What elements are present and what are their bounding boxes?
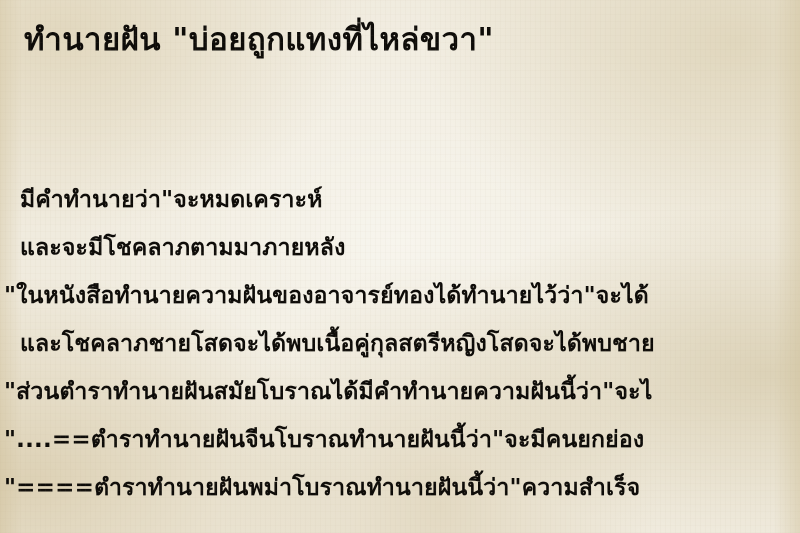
prediction-line-4: และโชคลาภชายโสดจะได้พบเนื้อคู่กุลสตรีหญิ… xyxy=(20,324,655,364)
prediction-line-1: มีคำทำนายว่า"จะหมดเคราะห์ xyxy=(20,180,323,220)
page-title: ทำนายฝัน "บ่อยถูกแทงที่ไหล่ขวา" xyxy=(24,14,494,66)
prediction-line-2: และจะมีโชคลาภตามมาภายหลัง xyxy=(20,228,346,268)
prediction-line-3: "ในหนังสือทำนายความฝันของอาจารย์ทองได้ทำ… xyxy=(4,276,649,316)
prediction-line-7: "====ตำราทำนายฝันพม่าโบราณทำนายฝันนี้ว่า… xyxy=(4,468,640,508)
prediction-line-6: "....==ตำราทำนายฝันจีนโบราณทำนายฝันนี้ว่… xyxy=(4,420,644,460)
prediction-line-5: "ส่วนตำราทำนายฝันสมัยโบราณได้มีคำทำนายคว… xyxy=(4,372,652,412)
parchment-background: ทำนายฝัน "บ่อยถูกแทงที่ไหล่ขวา" มีคำทำนา… xyxy=(0,0,800,533)
